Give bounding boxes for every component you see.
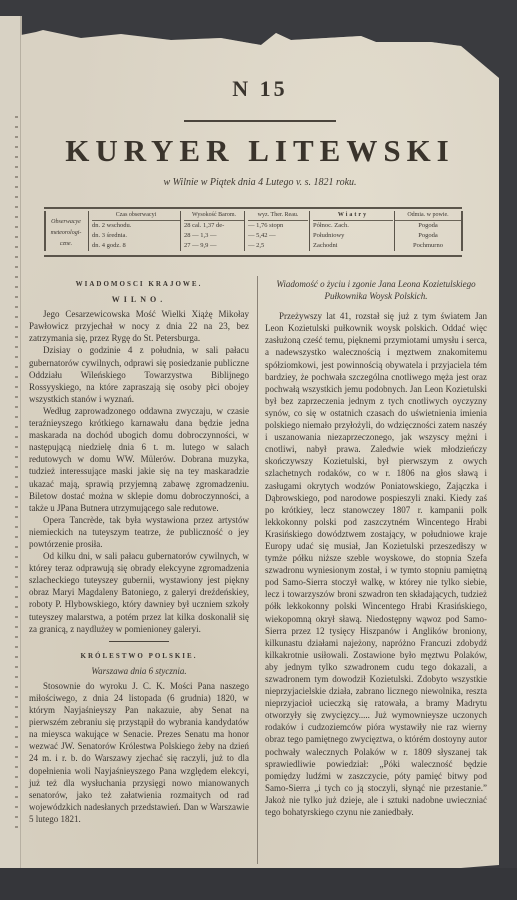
meteo-col-time: Czas obserwacyi dn. 2 wschodu. dn. 3 śre…	[88, 211, 180, 251]
dateline-warsaw: Warszawa dnia 6 stycznia.	[29, 665, 249, 677]
meteo-col-weather: Odmia. w powie. Pogoda Pogoda Pochmurno	[394, 211, 463, 251]
meteo-cell: Północ. Zach.	[313, 221, 393, 231]
meteo-cell: Pochmurno	[395, 241, 461, 251]
meteo-col-thermometer: wyz. Ther. Reau. — 1,76 stopn — 5,42 — —…	[244, 211, 308, 251]
meteo-cell: Południowy	[313, 231, 393, 241]
meteo-label-line: Obserwacye	[46, 217, 86, 228]
meteo-cell: — 2,5	[248, 241, 308, 251]
meteo-header: Wysokość Barom.	[184, 211, 244, 221]
meteo-header: wyz. Ther. Reau.	[248, 211, 308, 221]
meteo-cell: 28 cal. 1,37 de-	[184, 221, 244, 231]
scanner-background	[0, 868, 517, 900]
left-column: WIADOMOSCI KRAJOWE. WILNO. Jego Cesarzew…	[29, 278, 249, 825]
meteo-cell: — 5,42 —	[248, 231, 308, 241]
article-paragraph: Opera Tancrède, tak była wystawiona prze…	[29, 514, 249, 550]
city-heading-wilno: WILNO.	[29, 294, 249, 306]
section-title-domestic: WIADOMOSCI KRAJOWE.	[29, 278, 249, 290]
article-paragraph: Przeżywszy lat 41, rozstał się już z tym…	[265, 310, 487, 818]
meteo-cell: 27 — 9,9 —	[184, 241, 244, 251]
meteo-col-winds: Wiatry Północ. Zach. Południowy Zachodni	[309, 211, 393, 251]
meteo-header: Wiatry	[313, 211, 393, 221]
section-title-kingdom: KRÓLESTWO POLSKIE.	[29, 650, 249, 662]
meteo-col-barometer: Wysokość Barom. 28 cal. 1,37 de- 28 — 1,…	[180, 211, 244, 251]
section-rule	[109, 641, 169, 642]
meteo-label-line: meteorologi-	[46, 228, 86, 239]
right-column: Wiadomość o życiu i zgonie Jana Leona Ko…	[265, 278, 487, 818]
article-heading-kozietulski: Wiadomość o życiu i zgonie Jana Leona Ko…	[265, 278, 487, 302]
newspaper-title: KURYER LITEWSKI	[21, 133, 499, 169]
meteo-cell: Pogoda	[395, 221, 461, 231]
meteo-cell: Zachodni	[313, 241, 393, 251]
adjacent-page-edge	[0, 16, 22, 900]
article-paragraph: Dzisiay o godzinie 4 z południa, w sali …	[29, 344, 249, 404]
meteorological-table: Obserwacye meteorologi- czne. Czas obser…	[44, 207, 462, 257]
meteo-cell: dn. 2 wschodu.	[92, 221, 180, 231]
article-paragraph: Od kilku dni, w sali pałacu gubernatorów…	[29, 550, 249, 635]
adjacent-page-text-edge	[15, 116, 18, 836]
meteo-cell: Pogoda	[395, 231, 461, 241]
meteo-label-line: czne.	[46, 239, 86, 250]
column-divider	[257, 276, 258, 864]
meteo-cell: dn. 3 średnia.	[92, 231, 180, 241]
article-paragraph: Jego Cesarzewicowska Mość Wielki Xiążę M…	[29, 308, 249, 344]
meteo-label: Obserwacye meteorologi- czne.	[44, 211, 86, 251]
meteo-header: Odmia. w powie.	[395, 211, 461, 221]
article-paragraph: Stosownie do wyroku J. C. K. Mości Pana …	[29, 680, 249, 825]
newspaper-page: N 15 KURYER LITEWSKI w Wilnie w Piątek d…	[21, 30, 499, 868]
masthead-rule	[184, 120, 336, 122]
issue-number: N 15	[21, 76, 499, 102]
meteo-cell: 28 — 1,3 —	[184, 231, 244, 241]
meteo-cell: — 1,76 stopn	[248, 221, 308, 231]
meteo-header: Czas obserwacyi	[92, 211, 180, 221]
dateline: w Wilnie w Piątek dnia 4 Lutego v. s. 18…	[21, 177, 499, 188]
meteo-cell: dn. 4 godz. 8	[92, 241, 180, 251]
article-paragraph: Według zaprowadzonego oddawna zwyczaju, …	[29, 405, 249, 514]
